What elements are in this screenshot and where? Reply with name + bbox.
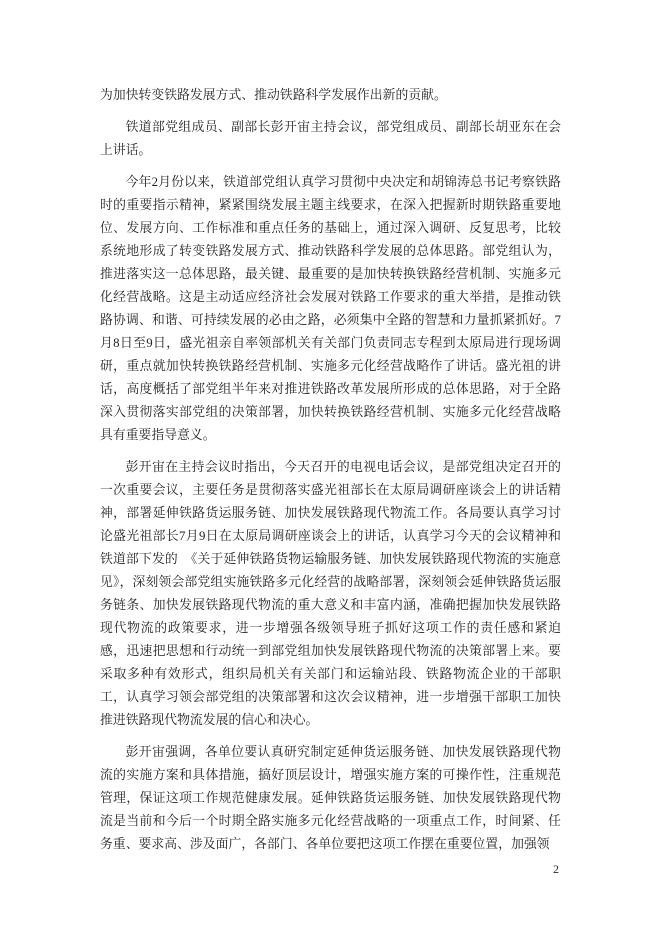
paragraph-overall-strategy: 今年2月份以来，铁道部党组认真学习贯彻中央决定和胡锦涛总书记考察铁路时的重要指示… — [100, 171, 561, 447]
document-page: 为加快转变铁路发展方式、推动铁路科学发展作出新的贡献。 铁道部党组成员、副部长彭… — [0, 0, 661, 935]
paragraph-meeting-hosts: 铁道部党组成员、副部长彭开宙主持会议，部党组成员、副部长胡亚东在会上讲话。 — [100, 116, 561, 162]
paragraph-peng-kaizhou-emphasis: 彭开宙强调，各单位要认真研究制定延伸货运服务链、加快发展铁路现代物流的实施方案和… — [100, 741, 561, 856]
page-number: 2 — [544, 861, 568, 877]
paragraph-peng-kaizhou-remarks: 彭开宙在主持会议时指出，今天召开的电视电话会议，是部党组决定召开的一次重要会议，… — [100, 456, 561, 732]
page-body-text: 为加快转变铁路发展方式、推动铁路科学发展作出新的贡献。 铁道部党组成员、副部长彭… — [100, 84, 561, 865]
paragraph-continuation: 为加快转变铁路发展方式、推动铁路科学发展作出新的贡献。 — [100, 84, 561, 107]
